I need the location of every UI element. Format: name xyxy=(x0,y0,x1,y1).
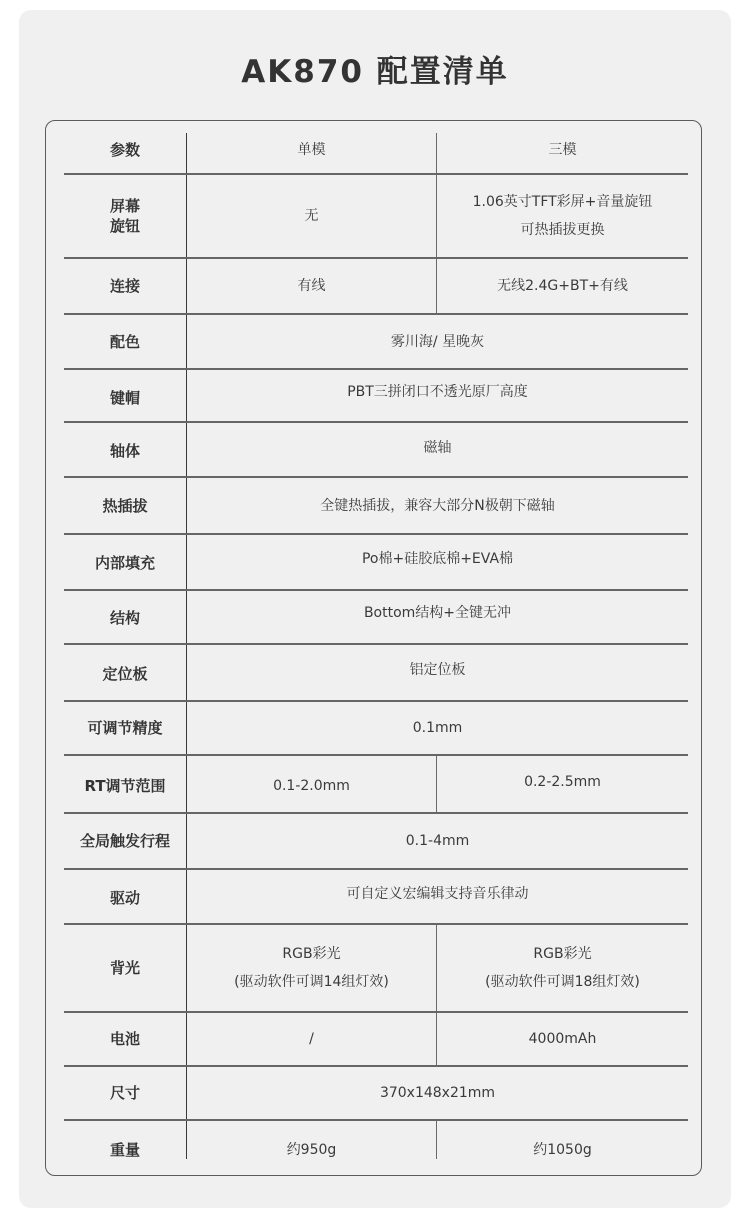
cell-color: 雾川海/ 星晚灰 xyxy=(187,315,688,368)
row-label-plate: 定位板 xyxy=(64,648,186,700)
cell-rt-range-single: 0.1-2.0mm xyxy=(187,760,436,812)
cell-battery-tri: 4000mAh xyxy=(437,1013,688,1065)
cell-battery-single: / xyxy=(187,1013,436,1065)
row-label-backlight: 背光 xyxy=(64,925,186,1011)
row-label-precision: 可调节精度 xyxy=(64,702,186,754)
cell-hot-swap: 全键热插拔，兼容大部分N极朝下磁轴 xyxy=(187,478,688,533)
row-label-keycaps: 键帽 xyxy=(64,374,186,421)
cell-weight-single: 约950g xyxy=(187,1125,436,1175)
cell-backlight-single: RGB彩光 (驱动软件可调14组灯效) xyxy=(187,925,436,1011)
cell-dimensions: 370x148x21mm xyxy=(187,1067,688,1119)
row-divider xyxy=(64,1119,688,1121)
cell-internal-fill: Po棉+硅胶底棉+EVA棉 xyxy=(187,533,688,585)
row-label-screen-knob: 屏幕 旋钮 xyxy=(64,175,186,257)
row-label-global-actuation: 全局触发行程 xyxy=(64,814,186,868)
cell-driver: 可自定义宏编辑支持音乐律动 xyxy=(187,868,688,920)
row-label-color: 配色 xyxy=(64,315,186,368)
row-label-internal-fill: 内部填充 xyxy=(64,537,186,589)
cell-global-actuation: 0.1-4mm xyxy=(187,814,688,868)
cell-backlight-tri: RGB彩光 (驱动软件可调18组灯效) xyxy=(437,925,688,1011)
row-label-weight: 重量 xyxy=(64,1125,186,1175)
row-label-switches: 轴体 xyxy=(64,425,186,476)
cell-connection-tri: 无线2.4G+BT+有线 xyxy=(437,259,688,313)
row-label-battery: 电池 xyxy=(64,1013,186,1065)
page-title: AK870 配置清单 xyxy=(0,46,750,91)
header-param: 参数 xyxy=(64,130,186,170)
row-label-connection: 连接 xyxy=(64,259,186,313)
cell-structure: Bottom结构+全键无冲 xyxy=(187,589,688,637)
cell-screen-single: 无 xyxy=(187,175,436,257)
header-tri-mode: 三模 xyxy=(437,130,688,170)
cell-precision: 0.1mm xyxy=(187,702,688,754)
cell-weight-tri: 约1050g xyxy=(437,1125,688,1175)
row-label-hot-swap: 热插拔 xyxy=(64,478,186,533)
cell-plate: 铝定位板 xyxy=(187,645,688,695)
row-label-dimensions: 尺寸 xyxy=(64,1067,186,1119)
cell-connection-single: 有线 xyxy=(187,259,436,313)
cell-rt-range-tri: 0.2-2.5mm xyxy=(437,756,688,808)
header-single-mode: 单模 xyxy=(187,130,436,170)
cell-switches: 磁轴 xyxy=(187,421,688,474)
row-label-rt-range: RT调节范围 xyxy=(64,760,186,812)
cell-keycaps: PBT三拼闭口不透光原厂高度 xyxy=(187,368,688,416)
row-label-structure: 结构 xyxy=(64,593,186,643)
row-label-driver: 驱动 xyxy=(64,872,186,923)
cell-screen-tri: 1.06英寸TFT彩屏+音量旋钮 可热插拔更换 xyxy=(437,175,688,257)
